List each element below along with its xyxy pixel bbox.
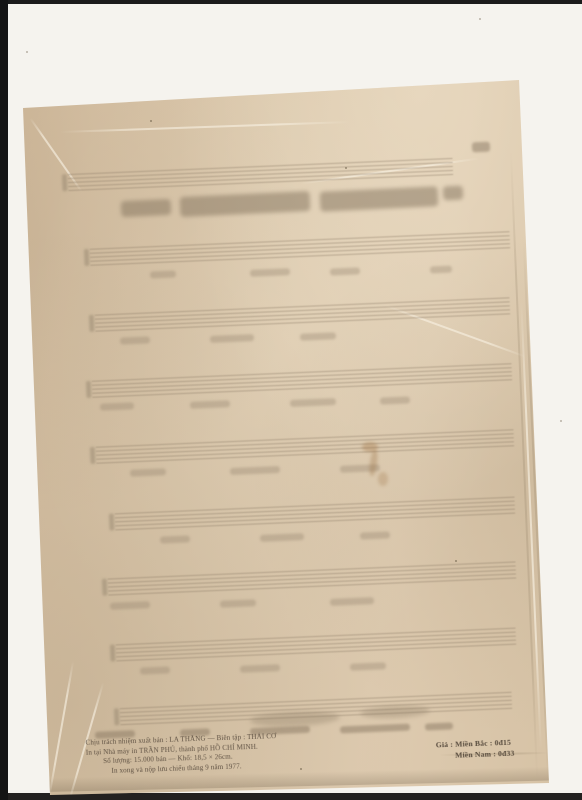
lyric-showthrough (300, 332, 336, 341)
imprint-block: Chịu trách nhiệm xuất bản : LA THĂNG — B… (85, 731, 301, 777)
speck (150, 120, 152, 122)
lyric-showthrough (100, 402, 134, 410)
dust-speck (560, 420, 562, 422)
crease (48, 661, 74, 799)
scanned-page: Chịu trách nhiệm xuất bản : LA THĂNG — B… (0, 0, 582, 800)
lyric-showthrough (250, 268, 290, 277)
lyric-showthrough (130, 468, 166, 477)
lyric-showthrough (220, 599, 256, 608)
stave-showthrough (68, 158, 453, 191)
dust-speck (26, 51, 28, 53)
lyric-showthrough (260, 533, 304, 542)
stave-showthrough (90, 231, 510, 266)
fold-highlight (520, 300, 542, 750)
crease (60, 121, 350, 133)
lyric-showthrough (380, 396, 410, 404)
lyric-showthrough (140, 666, 170, 674)
lyric-showthrough (425, 722, 453, 730)
price-block: Giá : Miền Bắc : 0đ15 Miền Nam : 0đ33 (436, 738, 515, 762)
lyric-showthrough (110, 601, 150, 610)
title-showthrough (180, 191, 311, 217)
lyric-showthrough (150, 270, 176, 278)
speck (345, 167, 347, 169)
lyric-showthrough (230, 466, 280, 475)
lyric-showthrough (330, 597, 374, 606)
scan-border-top (0, 0, 582, 4)
lyric-showthrough (190, 400, 230, 409)
stain-mark (362, 442, 392, 492)
lyric-showthrough (160, 535, 190, 543)
stave-showthrough (116, 628, 516, 662)
scan-border-left (0, 0, 8, 800)
lyric-showthrough (350, 662, 386, 671)
lyric-showthrough (330, 267, 360, 275)
stave-showthrough (115, 497, 515, 531)
stave-showthrough (108, 561, 516, 595)
stave-showthrough (92, 363, 512, 398)
lyric-showthrough (340, 724, 410, 734)
lyric-showthrough (120, 336, 150, 344)
dust-speck (479, 18, 481, 20)
lyric-showthrough (210, 334, 254, 343)
paper-top-edge (18, 75, 522, 106)
title-showthrough (121, 199, 172, 217)
title-showthrough (443, 186, 464, 201)
lyric-showthrough (430, 266, 452, 274)
speck (455, 560, 457, 562)
stave-showthrough (96, 429, 514, 463)
mark-showthrough (472, 142, 490, 153)
lyric-showthrough (290, 398, 336, 407)
paper-sheet: Chịu trách nhiệm xuất bản : LA THĂNG — B… (0, 0, 582, 800)
lyric-showthrough (240, 664, 280, 673)
title-showthrough (320, 186, 439, 212)
lyric-showthrough (360, 531, 390, 539)
